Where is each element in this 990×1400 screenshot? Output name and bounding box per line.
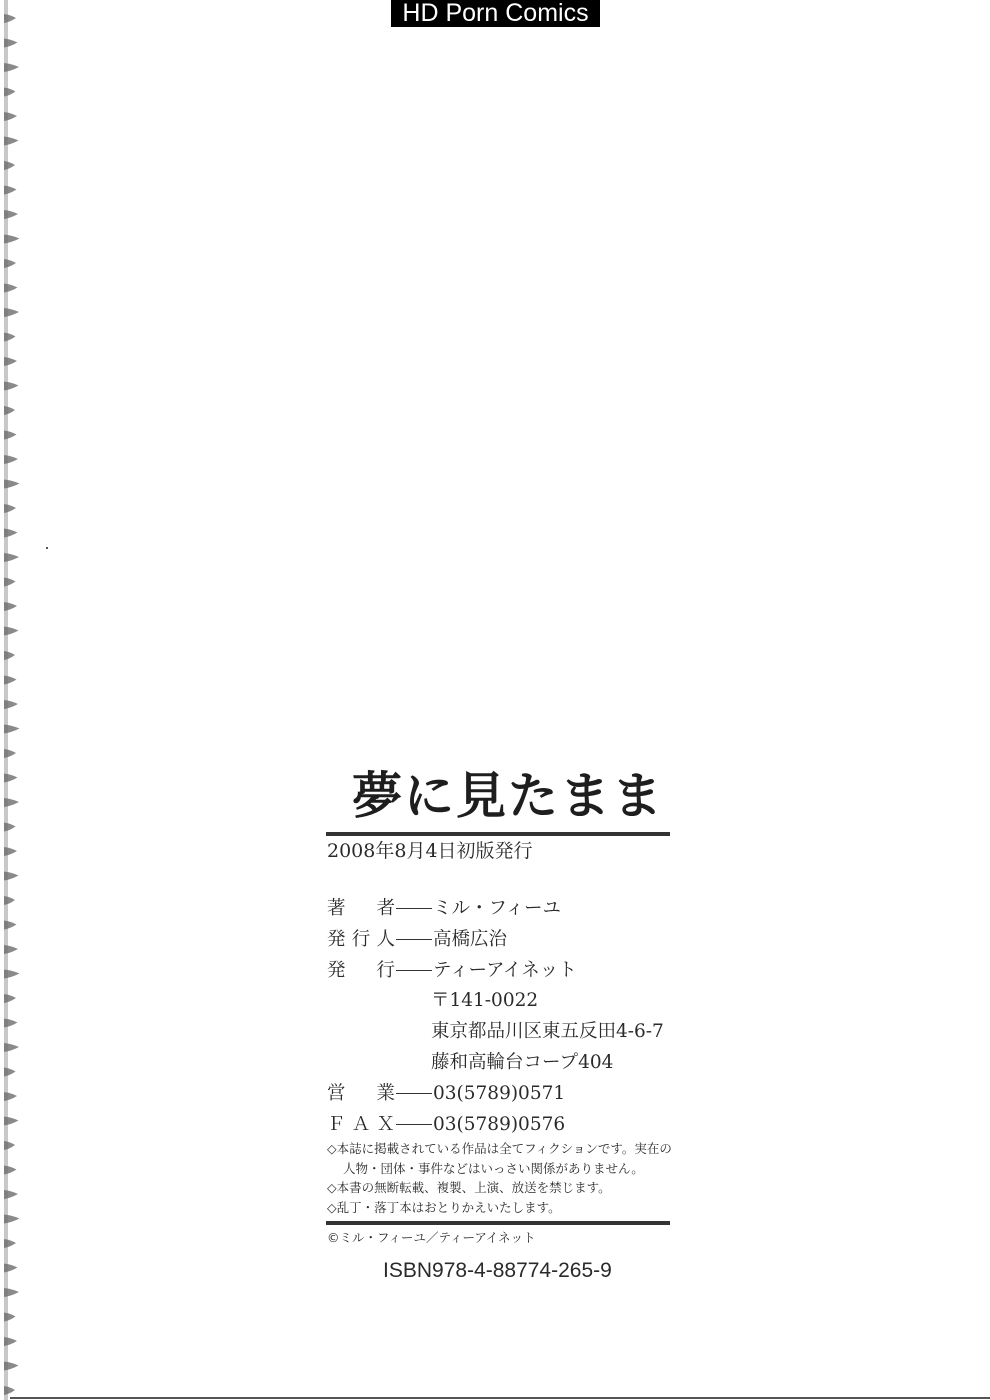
contact-label: 営 業	[327, 1081, 395, 1107]
publication-date: 2008年8月4日初版発行	[327, 838, 533, 864]
credit-publisher: 発 行ティーアイネット	[327, 958, 577, 984]
address-postal-code: 〒141-0022	[431, 988, 538, 1014]
credit-label: 発 行	[327, 958, 395, 984]
address-line-1: 東京都品川区東五反田4-6-7	[431, 1019, 664, 1045]
note-fiction: ◇本誌に掲載されている作品は全てフィクションです。実在の	[327, 1139, 672, 1159]
credit-author: 著 者ミル・フィーユ	[327, 896, 561, 922]
credit-publisher-person: 発行人高橋広治	[327, 927, 507, 953]
contact-fax: ＦＡＸ03(5789)0576	[327, 1112, 565, 1138]
contact-value: 03(5789)0571	[433, 1081, 565, 1107]
credit-value: ミル・フィーユ	[433, 896, 561, 922]
credit-label: 著 者	[327, 896, 395, 922]
dash-separator	[396, 1124, 432, 1125]
dash-separator	[396, 939, 432, 940]
dash-separator	[396, 970, 432, 971]
contact-label: ＦＡＸ	[327, 1112, 395, 1138]
paper-speck	[46, 547, 48, 549]
watermark-banner: HD Porn Comics	[391, 0, 600, 27]
copyright-line: ©ミル・フィーユ／ティーアイネット	[327, 1228, 536, 1248]
binding-edge-marks	[0, 0, 48, 1400]
contact-value: 03(5789)0576	[433, 1112, 565, 1138]
title-rule	[326, 832, 670, 836]
isbn-number: ISBN978-4-88774-265-9	[383, 1256, 612, 1286]
credit-value: 高橋広治	[433, 927, 507, 953]
dash-separator	[396, 1093, 432, 1094]
dash-separator	[396, 908, 432, 909]
bottom-rule	[326, 1221, 670, 1225]
note-defects: ◇乱丁・落丁本はおとりかえいたします。	[327, 1198, 672, 1218]
notes-block: ◇本誌に掲載されている作品は全てフィクションです。実在の 人物・団体・事件などは…	[327, 1139, 672, 1217]
page-bottom-edge	[10, 1397, 990, 1399]
credit-value: ティーアイネット	[433, 958, 577, 984]
note-reproduction: ◇本書の無断転載、複製、上演、放送を禁じます。	[327, 1178, 672, 1198]
address-line-2: 藤和高輪台コープ404	[431, 1050, 613, 1076]
note-fiction-continued: 人物・団体・事件などはいっさい関係がありません。	[327, 1159, 672, 1179]
contact-sales: 営 業03(5789)0571	[327, 1081, 565, 1107]
book-title: 夢に見たまま	[352, 768, 664, 824]
credit-label: 発行人	[327, 927, 395, 953]
